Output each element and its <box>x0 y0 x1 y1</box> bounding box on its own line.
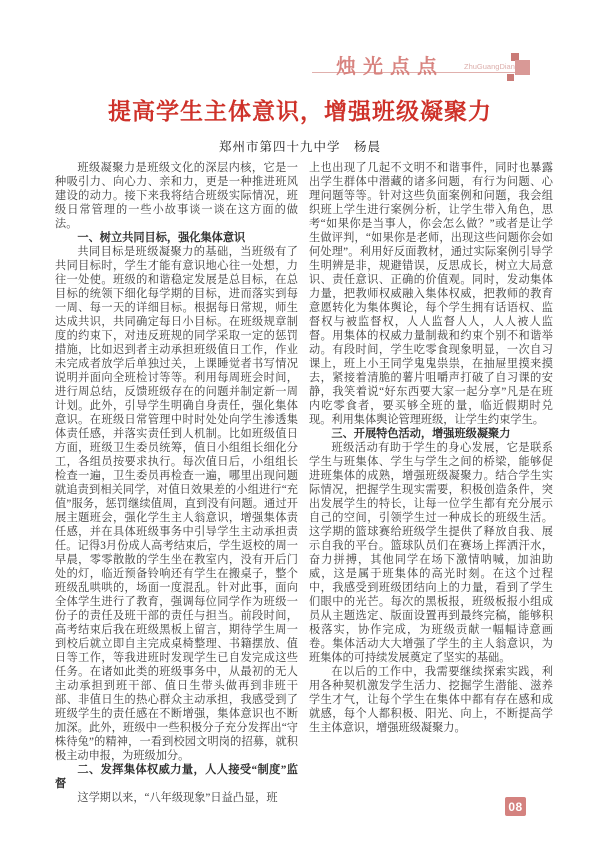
paragraph: 在以后的工作中，我需要继续探索实践，利用各种契机激发学生活力、挖掘学生潜能、滋养… <box>309 665 553 735</box>
document-page: 烛光点点 ZhuGuangDianDian 提高学生主体意识，增强班级凝聚力 郑… <box>0 0 600 848</box>
paragraph: 班级活动有助于学生的身心发展，它是联系学生与班集体、学生与学生之间的桥梁，能够促… <box>309 441 553 665</box>
article-column-right: 上也出现了几起不文明不和谐事件，同时也暴露出学生群体中潜藏的诸多问题，有行为问题… <box>309 161 553 735</box>
article-byline: 郑州市第四十九中学 杨晨 <box>0 137 600 155</box>
page-number-badge: 08 <box>505 797 526 816</box>
paragraph: 这学期以来，“八年级现象”日益凸显，班 <box>55 791 298 805</box>
pixel-square-icon <box>507 74 514 81</box>
section-heading-3: 三、开展特色活动，增强班级凝聚力 <box>309 427 553 441</box>
section-heading-1: 一、树立共同目标，强化集体意识 <box>55 231 298 245</box>
pixel-square-icon <box>515 60 530 75</box>
paragraph: 班级凝聚力是班级文化的深层内核，它是一种吸引力、向心力、亲和力，更是一种推进班风… <box>55 161 298 231</box>
paragraph: 上也出现了几起不文明不和谐事件，同时也暴露出学生群体中潜藏的诸多问题，有行为问题… <box>309 161 553 427</box>
column-brand-title: 烛光点点 <box>336 50 444 79</box>
section-heading-2: 二、发挥集体权威力量，人人接受“制度”监督 <box>55 763 298 791</box>
article-title: 提高学生主体意识，增强班级凝聚力 <box>0 93 600 126</box>
article-column-left: 班级凝聚力是班级文化的深层内核，它是一种吸引力、向心力、亲和力，更是一种推进班风… <box>55 161 298 805</box>
paragraph: 共同目标是班级凝聚力的基础，当班级有了共同目标时，学生才能有意识地心往一处想，力… <box>55 245 298 763</box>
